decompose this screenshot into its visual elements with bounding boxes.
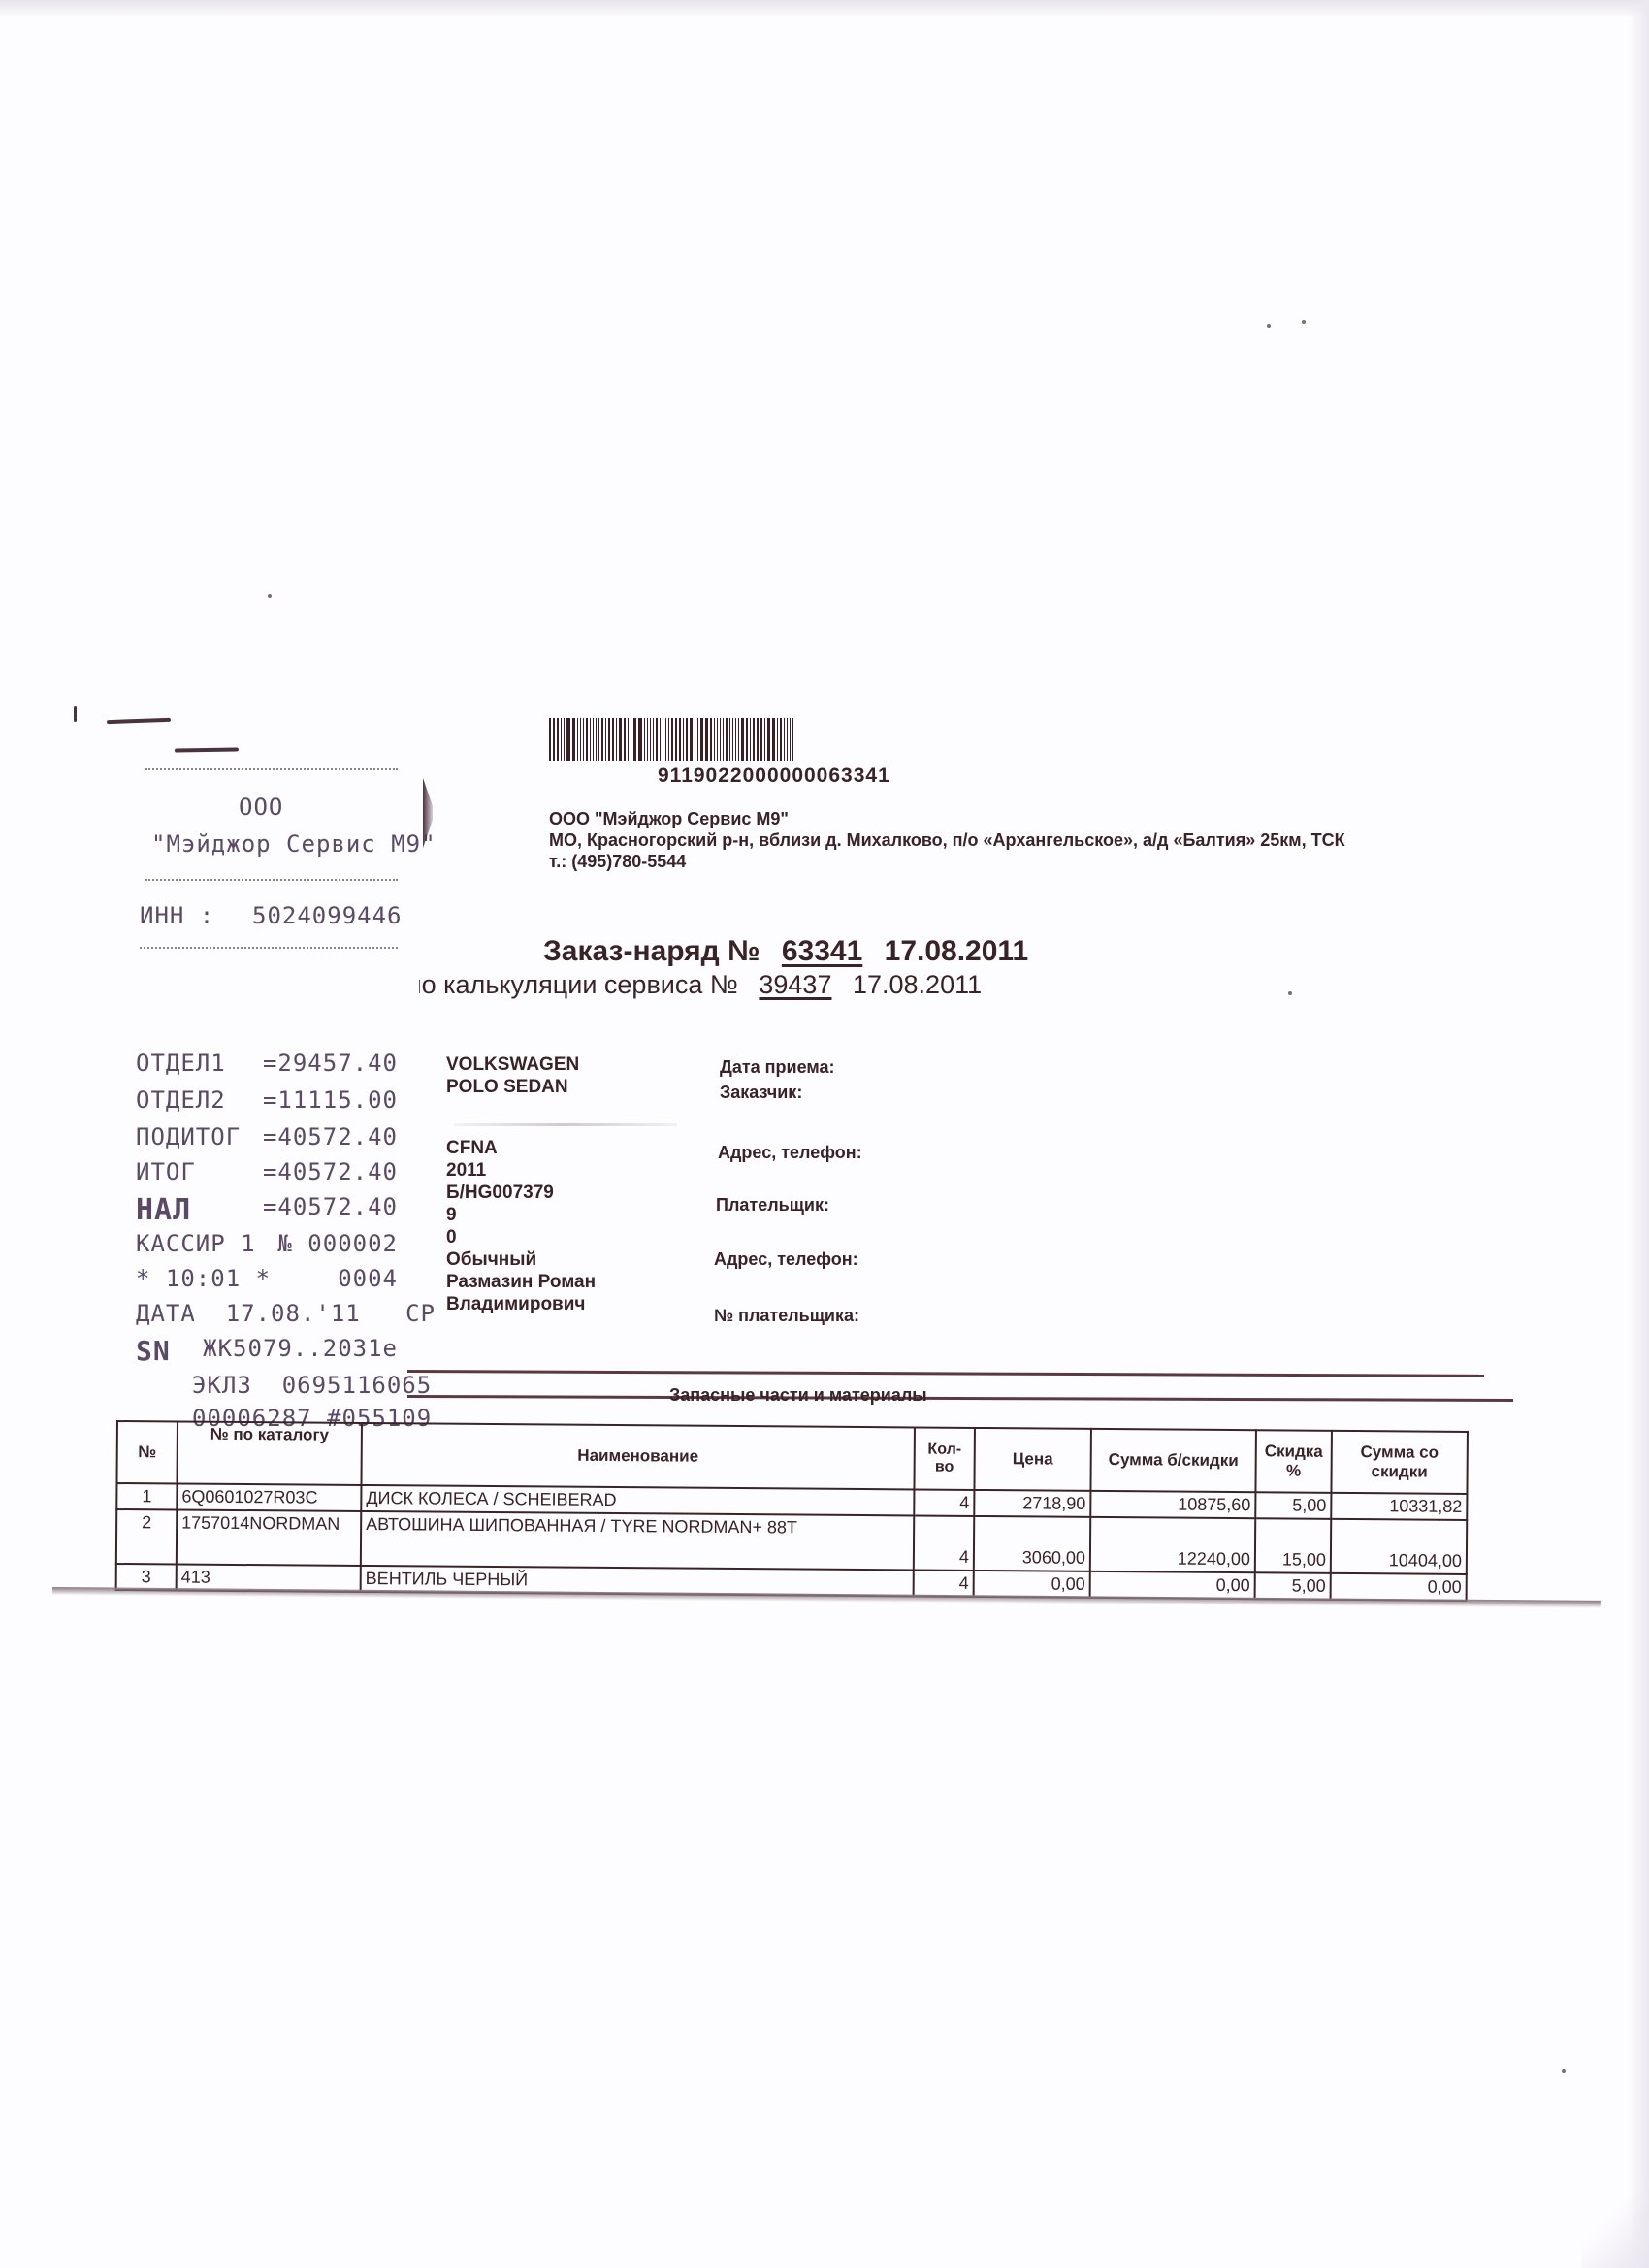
parts-table-header: № № по каталогу Наименование Кол-во Цена… xyxy=(116,1421,1467,1494)
scan-edge-top xyxy=(0,0,1649,17)
label-address-phone-1: Адрес, телефон: xyxy=(718,1143,862,1163)
barcode-bar xyxy=(630,718,631,761)
company-phone: т.: (495)780-5544 xyxy=(549,852,686,872)
barcode-bar xyxy=(572,718,575,761)
barcode-bar xyxy=(566,718,570,761)
col-discount: Скидка % xyxy=(1255,1430,1332,1493)
barcode-bar xyxy=(764,718,765,761)
row-number: 3 xyxy=(116,1564,177,1590)
barcode-bar xyxy=(757,718,759,761)
barcode-bar xyxy=(577,718,578,761)
barcode-bar xyxy=(746,718,748,761)
barcode-bar xyxy=(717,718,718,761)
scan-speck xyxy=(1562,2069,1566,2073)
row-catalog: 6Q0601027R03C xyxy=(177,1483,361,1510)
vehicle-type: Обычный xyxy=(446,1248,596,1271)
barcode-bar xyxy=(780,718,782,761)
receipt-row-label: ОТДЕЛ1 xyxy=(136,1050,226,1077)
scan-edge-right xyxy=(1628,0,1649,2268)
barcode-bar xyxy=(705,718,708,761)
barcode-bar xyxy=(663,718,663,761)
calculation-line: по калькуляции сервиса № 39437 17.08.201… xyxy=(419,970,982,1000)
receipt-divider xyxy=(145,768,398,770)
row-number: 2 xyxy=(116,1509,177,1564)
barcode-bar xyxy=(787,718,788,761)
barcode-bar xyxy=(767,718,770,761)
barcode-bar xyxy=(726,718,727,761)
barcode-bar xyxy=(619,718,622,761)
row-sum: 10875,60 xyxy=(1090,1491,1255,1518)
calc-prefix: по калькуляции сервиса № xyxy=(407,970,738,1000)
row-total: 0,00 xyxy=(1331,1573,1467,1601)
barcode-bar xyxy=(553,718,555,761)
barcode-bar xyxy=(792,718,793,761)
barcode-bar xyxy=(665,718,666,761)
row-price: 0,00 xyxy=(974,1571,1090,1598)
row-sum: 12240,00 xyxy=(1090,1517,1255,1572)
barcode-bar xyxy=(683,718,684,761)
barcode-bar xyxy=(690,718,693,761)
row-catalog: 1757014NORDMAN xyxy=(177,1509,361,1565)
receipt-divider xyxy=(140,947,398,949)
barcode-bar xyxy=(596,718,597,761)
row-discount: 15,00 xyxy=(1255,1518,1331,1573)
vehicle-engine: CFNA xyxy=(446,1137,596,1159)
receipt-row-value: № 000002 xyxy=(277,1230,398,1257)
barcode-bar xyxy=(741,718,744,761)
barcode-bar xyxy=(760,718,762,761)
row-name: АВТОШИНА ШИПОВАННАЯ / TYRE NORDMAN+ 88T xyxy=(361,1511,914,1570)
barcode-bar xyxy=(675,718,677,761)
barcode-number: 9119022000000063341 xyxy=(658,764,890,788)
barcode-bar xyxy=(784,718,785,761)
barcode-bar xyxy=(644,718,645,761)
section-rule xyxy=(407,1395,1513,1402)
col-number: № xyxy=(116,1421,178,1483)
vehicle-info: VOLKSWAGEN POLO SEDAN CFNA 2011 Б/HG0073… xyxy=(446,1053,596,1315)
row-price: 2718,90 xyxy=(974,1490,1090,1517)
barcode-bar xyxy=(686,718,688,761)
receipt-inn-value: 5024099446 xyxy=(252,902,403,929)
barcode-bar xyxy=(590,718,591,761)
col-total: Сумма со скидки xyxy=(1331,1431,1467,1494)
barcode-bar xyxy=(605,718,606,761)
row-total: 10331,82 xyxy=(1331,1493,1467,1520)
barcode-bar xyxy=(714,718,715,761)
row-price: 3060,00 xyxy=(974,1516,1090,1571)
barcode-bar xyxy=(700,718,703,761)
label-payer: Плательщик: xyxy=(716,1195,829,1215)
barcode-bar xyxy=(561,718,562,761)
barcode-bar xyxy=(735,718,736,761)
receipt-time: * 10:01 * xyxy=(136,1265,271,1292)
receipt-row: ОТДЕЛ2 =11115.00 xyxy=(136,1086,398,1114)
barcode-bar xyxy=(549,718,551,761)
row-qty: 4 xyxy=(914,1570,974,1596)
barcode-bar xyxy=(647,718,648,761)
barcode-bar xyxy=(660,718,661,761)
vehicle-year: 2011 xyxy=(446,1159,596,1182)
receipt-sn-row: SN ЖК5079..2031е xyxy=(136,1335,398,1367)
barcode-bar xyxy=(668,718,669,761)
barcode-bar xyxy=(638,718,642,761)
receipt-row-value: =40572.40 xyxy=(263,1123,398,1150)
manager-name-line2: Владимирович xyxy=(446,1293,596,1315)
label-customer: Заказчик: xyxy=(720,1083,802,1103)
row-discount: 5,00 xyxy=(1255,1572,1331,1600)
label-date-received: Дата приема: xyxy=(720,1057,834,1078)
receipt-time-code: 0004 xyxy=(338,1265,398,1292)
receipt-row: ОТДЕЛ1 =29457.40 xyxy=(136,1050,398,1077)
calc-number: 39437 xyxy=(745,970,845,1000)
barcode-bar xyxy=(772,718,775,761)
receipt-org-form: ООО xyxy=(239,794,283,821)
vehicle-plate: Б/HG007379 xyxy=(446,1182,596,1204)
parts-table: № № по каталогу Наименование Кол-во Цена… xyxy=(115,1420,1469,1602)
barcode-bar xyxy=(593,718,594,761)
receipt-row-label: КАССИР 1 xyxy=(136,1230,256,1257)
order-number: 63341 xyxy=(768,935,876,968)
row-total: 10404,00 xyxy=(1331,1519,1467,1574)
barcode-bar xyxy=(633,718,636,761)
receipt-row-value: =40572.40 xyxy=(263,1193,398,1227)
barcode-bar xyxy=(557,718,559,761)
vehicle-model: POLO SEDAN xyxy=(446,1076,596,1098)
barcode-bar xyxy=(790,718,791,761)
scan-speck xyxy=(268,594,272,598)
receipt-row-value: =40572.40 xyxy=(263,1158,398,1185)
receipt-inn-label: ИНН : xyxy=(140,902,214,929)
barcode xyxy=(549,718,1017,761)
barcode-bar xyxy=(710,718,712,761)
row-number: 1 xyxy=(116,1483,177,1509)
barcode-bar xyxy=(583,718,584,761)
order-date: 17.08.2011 xyxy=(885,935,1029,967)
scan-speck xyxy=(1267,324,1271,328)
receipt-row-label: ПОДИТОГ xyxy=(136,1123,241,1150)
row-sum: 0,00 xyxy=(1090,1571,1255,1599)
parts-section-title: Запасные части и материалы xyxy=(669,1385,927,1406)
pen-mark xyxy=(107,718,171,724)
receipt-date: ДАТА 17.08.'11 СР xyxy=(136,1300,436,1327)
col-catalog: № по каталогу xyxy=(177,1421,361,1484)
col-qty: Кол-во xyxy=(914,1427,975,1489)
company-address: МО, Красногорский р-н, вблизи д. Михалко… xyxy=(549,830,1345,851)
label-payer-number: № плательщика: xyxy=(714,1306,859,1326)
barcode-bar xyxy=(616,718,617,761)
barcode-bar xyxy=(671,718,673,761)
col-price: Цена xyxy=(974,1428,1090,1491)
row-qty: 4 xyxy=(914,1515,974,1570)
row-qty: 4 xyxy=(914,1489,974,1515)
receipt-sn-value: ЖК5079..2031е xyxy=(203,1335,398,1367)
col-name: Наименование xyxy=(361,1423,914,1489)
calc-date: 17.08.2011 xyxy=(853,970,982,999)
pen-mark xyxy=(74,706,77,722)
receipt-sn-label: SN xyxy=(136,1335,171,1367)
barcode-bar xyxy=(697,718,698,761)
barcode-bar xyxy=(586,718,588,761)
barcode-bar xyxy=(738,718,739,761)
page-fold-corner xyxy=(1581,2183,1649,2268)
vehicle-make: VOLKSWAGEN xyxy=(446,1053,596,1076)
receipt-time-row: * 10:01 * 0004 xyxy=(136,1265,398,1292)
label-address-phone-2: Адрес, телефон: xyxy=(714,1249,858,1270)
receipt-row-value: =29457.40 xyxy=(263,1050,398,1077)
receipt-row-label: ИТОГ xyxy=(136,1158,196,1185)
barcode-bar xyxy=(750,718,751,761)
barcode-bar xyxy=(624,718,626,761)
barcode-bar xyxy=(720,718,721,761)
receipt-row-label: НАЛ xyxy=(136,1193,191,1227)
barcode-bar xyxy=(601,718,603,761)
receipt-row: КАССИР 1 № 000002 xyxy=(136,1230,398,1257)
section-rule xyxy=(407,1370,1484,1377)
receipt-row: ИТОГ =40572.40 xyxy=(136,1158,398,1185)
barcode-bar xyxy=(598,718,599,761)
barcode-bar xyxy=(580,718,581,761)
receipt-row: ПОДИТОГ =40572.40 xyxy=(136,1123,398,1150)
row-discount: 5,00 xyxy=(1255,1492,1331,1519)
col-sum: Сумма б/скидки xyxy=(1090,1429,1255,1492)
vehicle-field-0: 0 xyxy=(446,1226,596,1248)
order-title: Заказ-наряд № 63341 17.08.2011 xyxy=(543,935,1028,968)
barcode-bar xyxy=(753,718,755,761)
barcode-bar xyxy=(732,718,733,761)
barcode-bar xyxy=(650,718,651,761)
receipt-org-name: "Мэйджор Сервис М9" xyxy=(151,830,436,858)
barcode-bar xyxy=(695,718,695,761)
receipt-row-label: ОТДЕЛ2 xyxy=(136,1086,226,1114)
pen-mark xyxy=(175,747,239,752)
scan-speck xyxy=(1288,991,1292,995)
barcode-bar xyxy=(608,718,610,761)
receipt-divider xyxy=(145,879,398,881)
vehicle-field-9: 9 xyxy=(446,1204,596,1226)
erased-field xyxy=(454,1123,677,1126)
receipt-row-value: =11115.00 xyxy=(263,1086,398,1114)
company-name: ООО "Мэйджор Сервис М9" xyxy=(549,809,789,829)
barcode-bar xyxy=(777,718,778,761)
manager-name-line1: Размазин Роман xyxy=(446,1271,596,1293)
barcode-bar xyxy=(653,718,654,761)
barcode-bar xyxy=(628,718,629,761)
receipt-row: НАЛ =40572.40 xyxy=(136,1193,398,1227)
barcode-bar xyxy=(612,718,614,761)
receipt-eklz: ЭКЛЗ 0695116065 xyxy=(192,1372,432,1399)
barcode-bar xyxy=(729,718,730,761)
barcode-bar xyxy=(564,718,565,761)
scan-speck xyxy=(1302,320,1306,324)
barcode-bar xyxy=(723,718,724,761)
barcode-bar xyxy=(656,718,658,761)
barcode-bar xyxy=(679,718,681,761)
order-title-prefix: Заказ-наряд № xyxy=(543,935,760,967)
